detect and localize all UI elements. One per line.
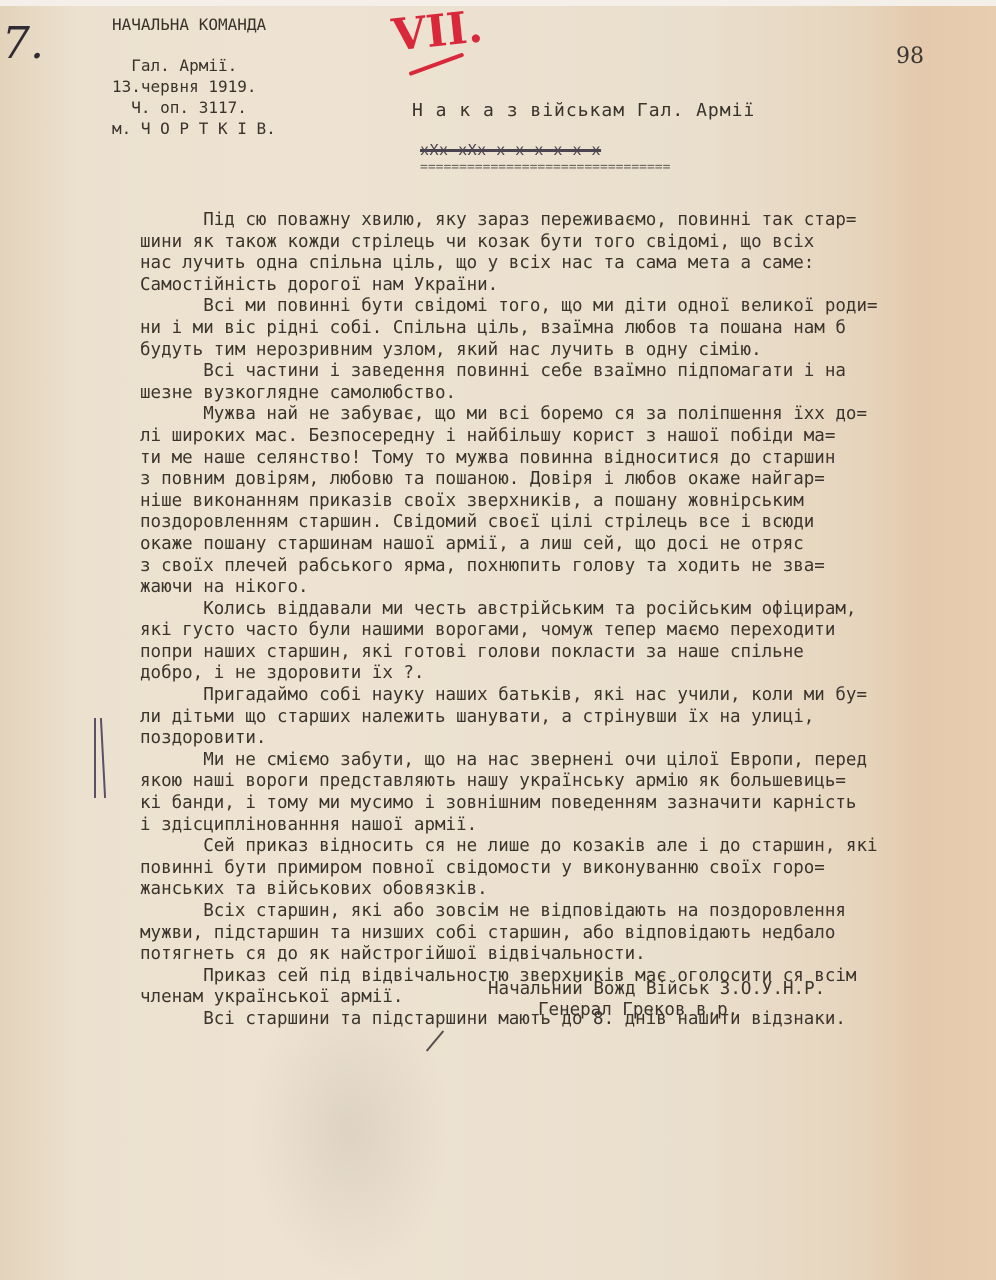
body-line: Ми не сміємо забути, що на нас звернені …	[140, 750, 970, 772]
body-line: нас лучить одна спільна ціль, що у всіх …	[140, 253, 970, 275]
letterhead-place: м. Ч О Р Т К І В.	[112, 118, 276, 139]
body-line: з повним довірям, любовю та пошаною. Дов…	[140, 469, 970, 491]
signature-name: Генерал Греков в.р.	[538, 1000, 738, 1020]
body-line: потягнеть ся до як найстрогійшої відвіча…	[140, 944, 970, 966]
letterhead-reference: Ч. оп. 3117.	[112, 97, 276, 118]
body-line: кі банди, і тому ми мусимо і зовнішним п…	[140, 793, 970, 815]
body-line: добро, і не здоровити їх ?.	[140, 663, 970, 685]
body-line: і здісциплінованння нашої армії.	[140, 815, 970, 837]
body-line: мужви, підстаршин та низших собі старшин…	[140, 923, 970, 945]
spacer	[112, 35, 276, 55]
body-line: ніше виконанням приказів своїх зверхникі…	[140, 491, 970, 513]
letterhead: НАЧАЛЬНА КОМАНДА Гал. Армії. 13.червня 1…	[112, 14, 276, 139]
body-line: шини як також кожди стрілець чи козак бу…	[140, 232, 970, 254]
body-line: Всі частини і заведення повинні себе вза…	[140, 361, 970, 383]
body-line: повинні бути примиром повної свідомости …	[140, 858, 970, 880]
body-line: ли дітьми що старших належить шанувати, …	[140, 707, 970, 729]
body-line: ти ме наше селянство! Тому то мужва пови…	[140, 448, 970, 470]
paper-top-edge	[0, 0, 996, 6]
handwritten-folio-number: 7.	[2, 18, 44, 69]
signature-title: Начальний Вожд Військ З.О.У.Н.Р.	[488, 979, 825, 999]
body-line: Під сю поважну хвилю, яку зараз пережива…	[140, 210, 970, 232]
letterhead-line: Гал. Армії.	[112, 55, 276, 76]
letterhead-line: НАЧАЛЬНА КОМАНДА	[112, 14, 276, 35]
body-line: Всі ми повинні бути свідомі того, що ми …	[140, 296, 970, 318]
page-number: 98	[896, 44, 924, 69]
body-line: жанських та військових обовязків.	[140, 879, 970, 901]
body-line: Колись віддавали ми честь австрійським т…	[140, 599, 970, 621]
margin-line	[94, 718, 96, 798]
body-line: попри наших старшин, які готові голови п…	[140, 642, 970, 664]
body-line: Всіх старшин, які або зовсім не відповід…	[140, 901, 970, 923]
margin-line	[100, 718, 106, 798]
body-line: окаже пошану старшинам нашої армії, а ли…	[140, 534, 970, 556]
title-underline: ================================	[420, 160, 670, 175]
body-line: лі широких мас. Безпосередну і найбільшу…	[140, 426, 970, 448]
body-line: Самостійність дорогої нам України.	[140, 275, 970, 297]
document-title: Н а к а з військам Гал. Армії	[412, 100, 755, 121]
margin-double-line-mark	[94, 718, 108, 800]
document-body: Під сю поважну хвилю, яку зараз пережива…	[140, 210, 970, 1031]
struck-out-line: xXx xXx x x x x x x	[420, 141, 601, 159]
letterhead-date: 13.червня 1919.	[112, 76, 276, 97]
body-line: з своїх плечей рабського ярма, похнюпить…	[140, 556, 970, 578]
body-line: ни і ми віс рідні собі. Спільна ціль, вз…	[140, 318, 970, 340]
body-line: Сей приказ відносить ся не лише до козак…	[140, 836, 970, 858]
body-line: жаючи на нікого.	[140, 577, 970, 599]
body-line: Пригадаймо собі науку наших батьків, які…	[140, 685, 970, 707]
body-line: шезне вузкоглядне самолюбство.	[140, 383, 970, 405]
body-line: будуть тим нерозривним узлом, який нас л…	[140, 340, 970, 362]
body-line: поздоровити.	[140, 728, 970, 750]
red-roman-numeral-mark: VII.	[390, 1, 485, 61]
body-line: поздоровленням старшин. Свідомий своєї ц…	[140, 512, 970, 534]
body-line: які густо часто були нашими ворогами, чо…	[140, 620, 970, 642]
body-line: якою наші вороги представляють нашу укра…	[140, 771, 970, 793]
body-line: Мужва най не забуває, що ми всі боремо с…	[140, 404, 970, 426]
